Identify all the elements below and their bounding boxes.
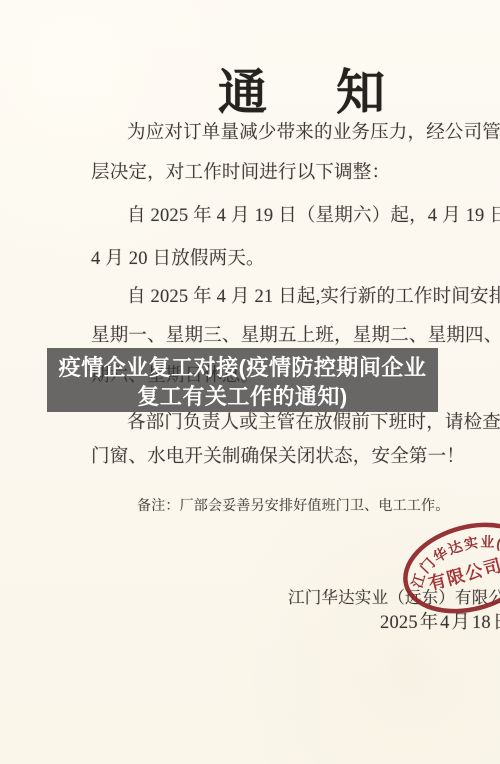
document-line: 为应对订单量减少带来的业务压力，经公司管 — [127, 123, 500, 144]
document-line: 门窗、水电开关制确保关闭状态，安全第一！ — [91, 447, 465, 468]
document-line: 4 月 20 日放假两天。 — [91, 249, 265, 270]
caption-line-2: 复工有关工作的通知) — [47, 382, 438, 411]
caption-overlay: 疫情企业复工对接(疫情防控期间企业 复工有关工作的通知) — [47, 348, 438, 412]
notice-title: 通 知 — [218, 54, 395, 124]
company-seal: 江门华达实业(远东) 有限公司 — [392, 518, 500, 620]
note-line: 备注：厂部会妥善另安排好值班门卫、电工工作。 — [137, 496, 449, 517]
caption-line-1: 疫情企业复工对接(疫情防控期间企业 — [47, 353, 438, 382]
document-line: 层决定，对工作时间进行以下调整： — [91, 163, 390, 184]
document-line: 星期一、星期三、星期五上班，星期二、星期四、星 — [91, 326, 500, 347]
document-line: 自 2025 年 4 月 21 日起,实行新的工作时间安排 — [127, 287, 500, 308]
document-line: 各部门负责人或主管在放假前下班时，请检查 — [127, 413, 500, 434]
document-line: 自 2025 年 4 月 19 日（星期六）起，4 月 19 日 — [127, 206, 500, 227]
notice-photo: 通 知 为应对订单量减少带来的业务压力，经公司管 层决定，对工作时间进行以下调整… — [0, 0, 500, 764]
